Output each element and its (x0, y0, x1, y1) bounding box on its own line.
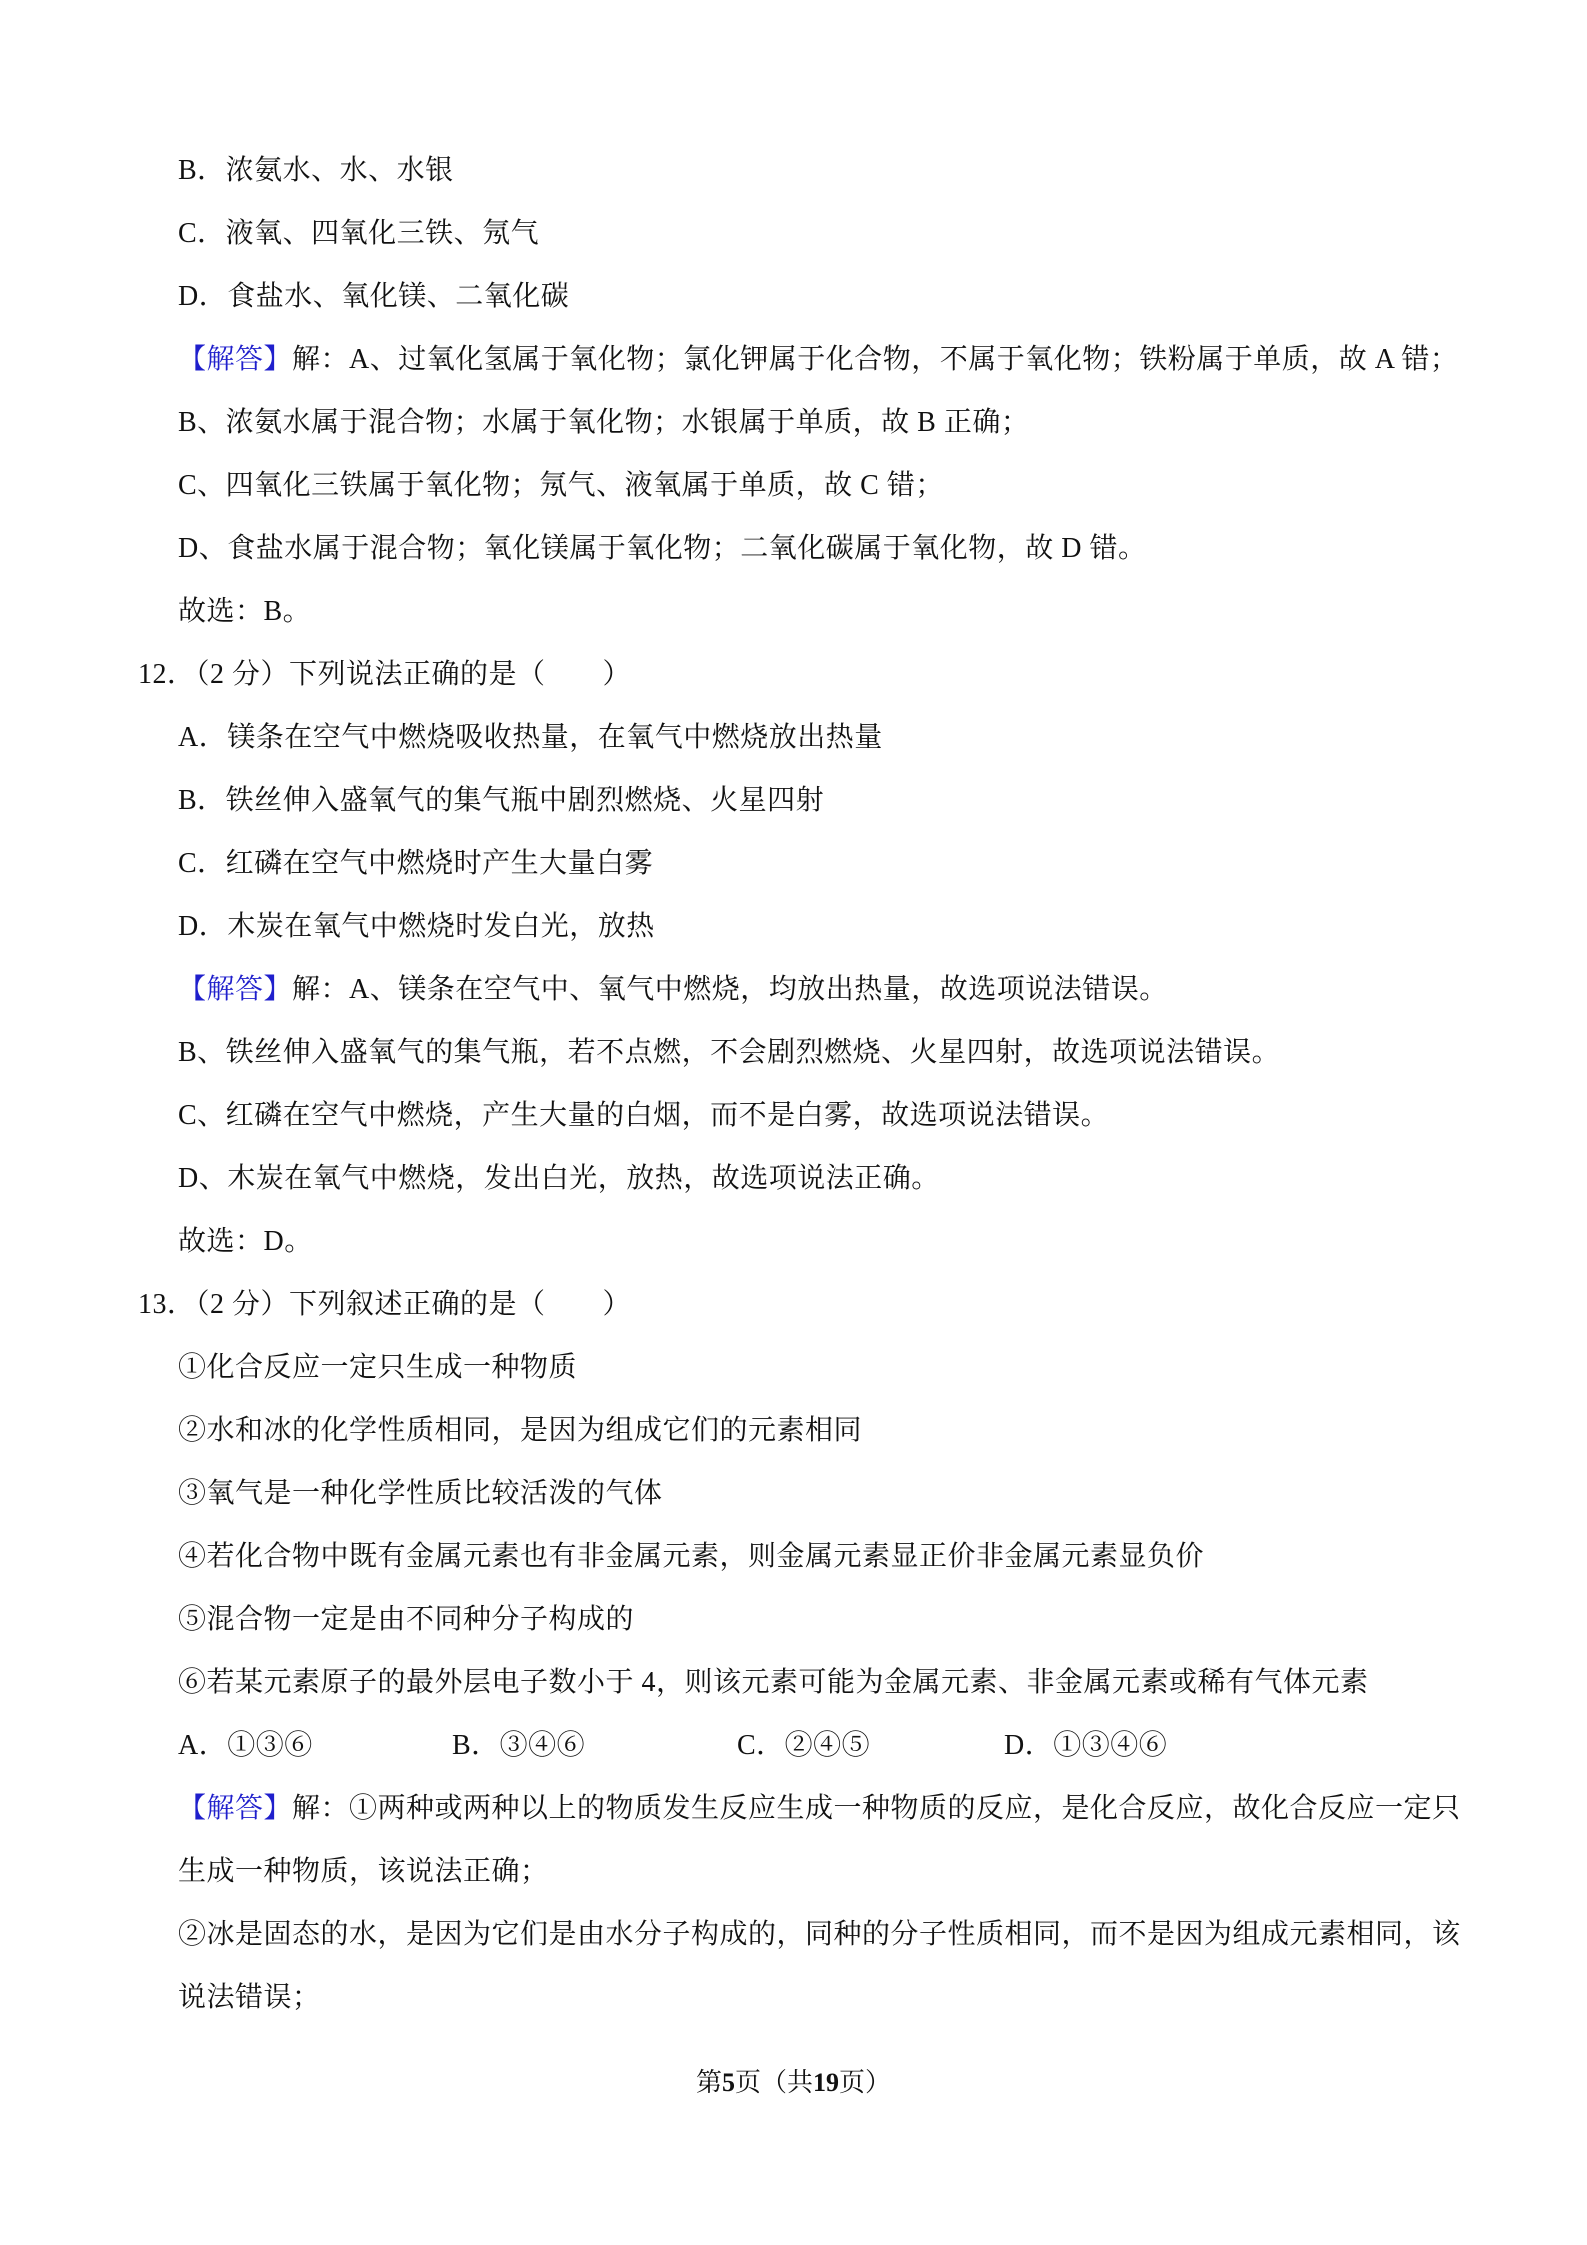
q13-answer-text-1: 解：①两种或两种以上的物质发生反应生成一种物质的反应，是化合反应，故化合反应一定… (292, 1793, 1461, 1824)
page-footer: 第5页（共19页） (0, 2060, 1587, 2106)
q13-statement-6: ⑥若某元素原子的最外层电子数小于 4，则该元素可能为金属元素、非金属元素或稀有气… (0, 1651, 1587, 1714)
footer-total-pages: 19 (813, 2068, 839, 2097)
q13-statement-5: ⑤混合物一定是由不同种分子构成的 (0, 1588, 1587, 1651)
q13-statement-1: ①化合反应一定只生成一种物质 (0, 1336, 1587, 1399)
q13-answer-line-3: ②冰是固态的水，是因为它们是由水分子构成的，同种的分子性质相同，而不是因为组成元… (0, 1903, 1587, 1966)
q11-answer-label: 【解答】 (178, 344, 292, 375)
footer-prefix: 第 (696, 2068, 722, 2097)
q13-choice-b: B．③④⑥ (452, 1714, 737, 1777)
q13-choice-c: C．②④⑤ (737, 1714, 1004, 1777)
q12-stem: 12．（2 分）下列说法正确的是（ ） (0, 643, 1587, 706)
exam-answer-page: B．浓氨水、水、水银 C．液氧、四氧化三铁、氖气 D．食盐水、氧化镁、二氧化碳 … (0, 0, 1587, 2245)
q11-answer-line-2: B、浓氨水属于混合物；水属于氧化物；水银属于单质，故 B 正确； (0, 391, 1587, 454)
q13-stem: 13．（2 分）下列叙述正确的是（ ） (0, 1273, 1587, 1336)
q11-answer-line-1: 【解答】解：A、过氧化氢属于氧化物；氯化钾属于化合物，不属于氧化物；铁粉属于单质… (0, 328, 1587, 391)
q11-option-b: B．浓氨水、水、水银 (0, 139, 1587, 202)
q12-option-d: D．木炭在氧气中燃烧时发白光，放热 (0, 895, 1587, 958)
q12-option-c: C．红磷在空气中燃烧时产生大量白雾 (0, 832, 1587, 895)
q12-answer-label: 【解答】 (178, 974, 292, 1005)
q13-choice-d: D．①③④⑥ (1004, 1714, 1167, 1777)
q12-option-b: B．铁丝伸入盛氧气的集气瓶中剧烈燃烧、火星四射 (0, 769, 1587, 832)
q13-statement-3: ③氧气是一种化学性质比较活泼的气体 (0, 1462, 1587, 1525)
footer-suffix: 页） (839, 2068, 891, 2097)
q11-answer-line-3: C、四氧化三铁属于氧化物；氖气、液氧属于单质，故 C 错； (0, 454, 1587, 517)
q12-answer-line-1: 【解答】解：A、镁条在空气中、氧气中燃烧，均放出热量，故选项说法错误。 (0, 958, 1587, 1021)
q13-statement-4: ④若化合物中既有金属元素也有非金属元素，则金属元素显正价非金属元素显负价 (0, 1525, 1587, 1588)
q12-answer-conclusion: 故选：D。 (0, 1210, 1587, 1273)
q13-statement-2: ②水和冰的化学性质相同，是因为组成它们的元素相同 (0, 1399, 1587, 1462)
q12-answer-line-4: D、木炭在氧气中燃烧，发出白光，放热，故选项说法正确。 (0, 1147, 1587, 1210)
q12-number: 12． (138, 659, 196, 690)
q13-choice-a: A．①③⑥ (178, 1714, 452, 1777)
q12-answer-line-2: B、铁丝伸入盛氧气的集气瓶，若不点燃，不会剧烈燃烧、火星四射，故选项说法错误。 (0, 1021, 1587, 1084)
page-content: B．浓氨水、水、水银 C．液氧、四氧化三铁、氖气 D．食盐水、氧化镁、二氧化碳 … (0, 139, 1587, 2029)
q11-answer-line-4: D、食盐水属于混合物；氧化镁属于氧化物；二氧化碳属于氧化物，故 D 错。 (0, 517, 1587, 580)
footer-middle: 页（共 (735, 2068, 813, 2097)
q13-answer-line-2: 生成一种物质，该说法正确； (0, 1840, 1587, 1903)
q13-stem-text: （2 分）下列叙述正确的是（ ） (196, 1289, 632, 1320)
q13-choices-row: A．①③⑥ B．③④⑥ C．②④⑤ D．①③④⑥ (0, 1714, 1587, 1777)
q13-answer-line-1: 【解答】解：①两种或两种以上的物质发生反应生成一种物质的反应，是化合反应，故化合… (0, 1777, 1587, 1840)
q11-option-c: C．液氧、四氧化三铁、氖气 (0, 202, 1587, 265)
q11-answer-text-1: 解：A、过氧化氢属于氧化物；氯化钾属于化合物，不属于氧化物；铁粉属于单质，故 A… (292, 344, 1458, 375)
q12-stem-text: （2 分）下列说法正确的是（ ） (196, 659, 632, 690)
q11-option-d: D．食盐水、氧化镁、二氧化碳 (0, 265, 1587, 328)
q13-answer-line-4: 说法错误； (0, 1966, 1587, 2029)
footer-page-number: 5 (722, 2068, 735, 2097)
q12-answer-line-3: C、红磷在空气中燃烧，产生大量的白烟，而不是白雾，故选项说法错误。 (0, 1084, 1587, 1147)
q13-answer-label: 【解答】 (178, 1793, 292, 1824)
q12-option-a: A．镁条在空气中燃烧吸收热量，在氧气中燃烧放出热量 (0, 706, 1587, 769)
q13-number: 13． (138, 1289, 196, 1320)
q11-answer-conclusion: 故选：B。 (0, 580, 1587, 643)
q12-answer-text-1: 解：A、镁条在空气中、氧气中燃烧，均放出热量，故选项说法错误。 (292, 974, 1168, 1005)
